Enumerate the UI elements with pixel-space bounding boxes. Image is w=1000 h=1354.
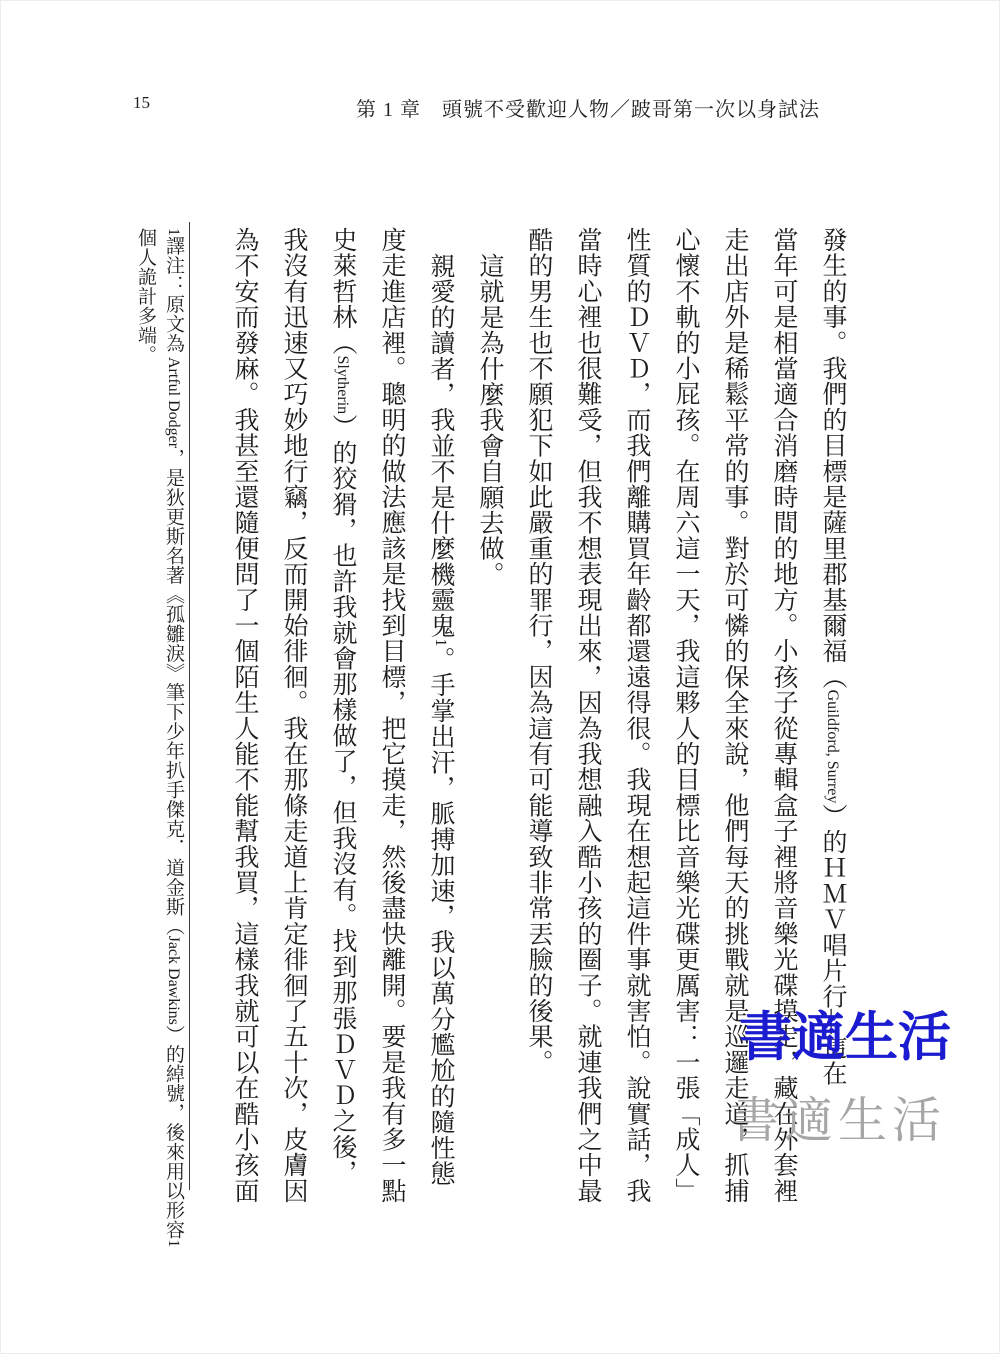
text-column: 為不安而發麻。我甚至還隨便問了一個陌生人能不能幫我買，這樣我就可以在酷小孩面 bbox=[220, 227, 269, 1203]
text-column: 我沒有迅速又巧妙地行竊，反而開始徘徊。我在那條走道上肯定徘徊了五十次，皮膚因 bbox=[269, 227, 318, 1203]
book-page: 15 第 1 章 頭號不受歡迎人物／跛哥第一次以身試法 發生的事。我們的目標是薩… bbox=[0, 0, 1000, 1354]
text-column: 這就是為什麼我會自願去做。 bbox=[465, 227, 514, 1203]
watermark-blue: 書適生活 bbox=[739, 1012, 951, 1065]
chapter-title: 第 1 章 頭號不受歡迎人物／跛哥第一次以身試法 bbox=[356, 93, 820, 122]
running-header: 15 第 1 章 頭號不受歡迎人物／跛哥第一次以身試法 bbox=[0, 93, 1000, 117]
text-column: 性質的ＤＶＤ，而我們離購買年齡都還遠得很。我現在想起這件事就害怕。說實話，我 bbox=[612, 227, 661, 1203]
footnote-divider-rule bbox=[189, 222, 190, 1190]
text-column: 心懷不軌的小屁孩。在周六這一天，我這夥人的目標比音樂光碟更厲害：一張「成人」 bbox=[661, 227, 710, 1203]
latin-text: 1 bbox=[165, 228, 182, 236]
watermark-gray: 書適生活 bbox=[730, 1096, 946, 1145]
latin-text: Artful Dodger bbox=[165, 353, 182, 448]
latin-text: 1 bbox=[165, 1239, 182, 1247]
latin-text: Slytherin bbox=[334, 356, 351, 415]
page-number: 15 bbox=[133, 93, 150, 113]
text-column: 當時心裡也很難受，但我不想表現出來，因為我想融入酷小孩的圈子。就連我們之中最 bbox=[563, 227, 612, 1203]
footnote-column: 個人詭計多端。 bbox=[131, 228, 159, 1192]
text-column: 親愛的讀者，我並不是什麼機靈鬼1。手掌出汗，脈搏加速，我以萬分尷尬的隨性態 bbox=[416, 227, 465, 1203]
latin-text: Guildford, Surrey bbox=[824, 690, 841, 804]
text-column: 度走進店裡。聰明的做法應該是找到目標，把它摸走，然後盡快離開。要是我有多一點 bbox=[367, 227, 416, 1203]
footnote-block: 1譯注：原文為 Artful Dodger，是狄更斯名著《孤雛淚》筆下少年扒手傑… bbox=[131, 228, 187, 1192]
latin-text: Jack Dawkins bbox=[165, 936, 182, 1025]
latin-text: 1 bbox=[432, 639, 449, 647]
text-column: 酷的男生也不願犯下如此嚴重的罪行，因為這有可能導致非常丟臉的後果。 bbox=[514, 227, 563, 1203]
footnote-column: 1譯注：原文為 Artful Dodger，是狄更斯名著《孤雛淚》筆下少年扒手傑… bbox=[159, 228, 187, 1192]
text-column: 史萊哲林（Slytherin）的狡猾，也許我就會那樣做了，但我沒有。找到那張ＤＶ… bbox=[318, 227, 367, 1203]
